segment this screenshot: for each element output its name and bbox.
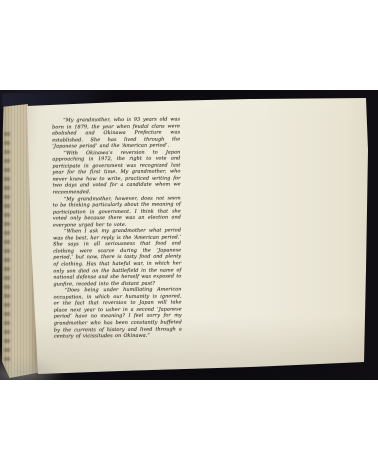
book-photo: “My grandmother, who is 93 years old was…: [0, 90, 378, 380]
print-through-marks: [4, 132, 10, 364]
book-photo-canvas: “My grandmother, who is 93 years old was…: [0, 0, 378, 472]
page-text-block: “My grandmother, who is 93 years old was…: [52, 116, 182, 340]
light-reflection: [0, 358, 62, 380]
paragraph-best-period: “When I ask my grandmother what period w…: [53, 228, 182, 288]
paragraph-grandmother-age: “My grandmother, who is 93 years old was…: [52, 116, 180, 150]
book-page: “My grandmother, who is 93 years old was…: [0, 90, 378, 380]
paragraph-reversion-vote: “With Okinawa’s reversion to Japan appro…: [52, 149, 180, 196]
paragraph-meaning-of-vote: “My grandmother, however, does not seem …: [53, 195, 181, 229]
paragraph-occupation: “Does being under humiliating American o…: [54, 287, 182, 340]
